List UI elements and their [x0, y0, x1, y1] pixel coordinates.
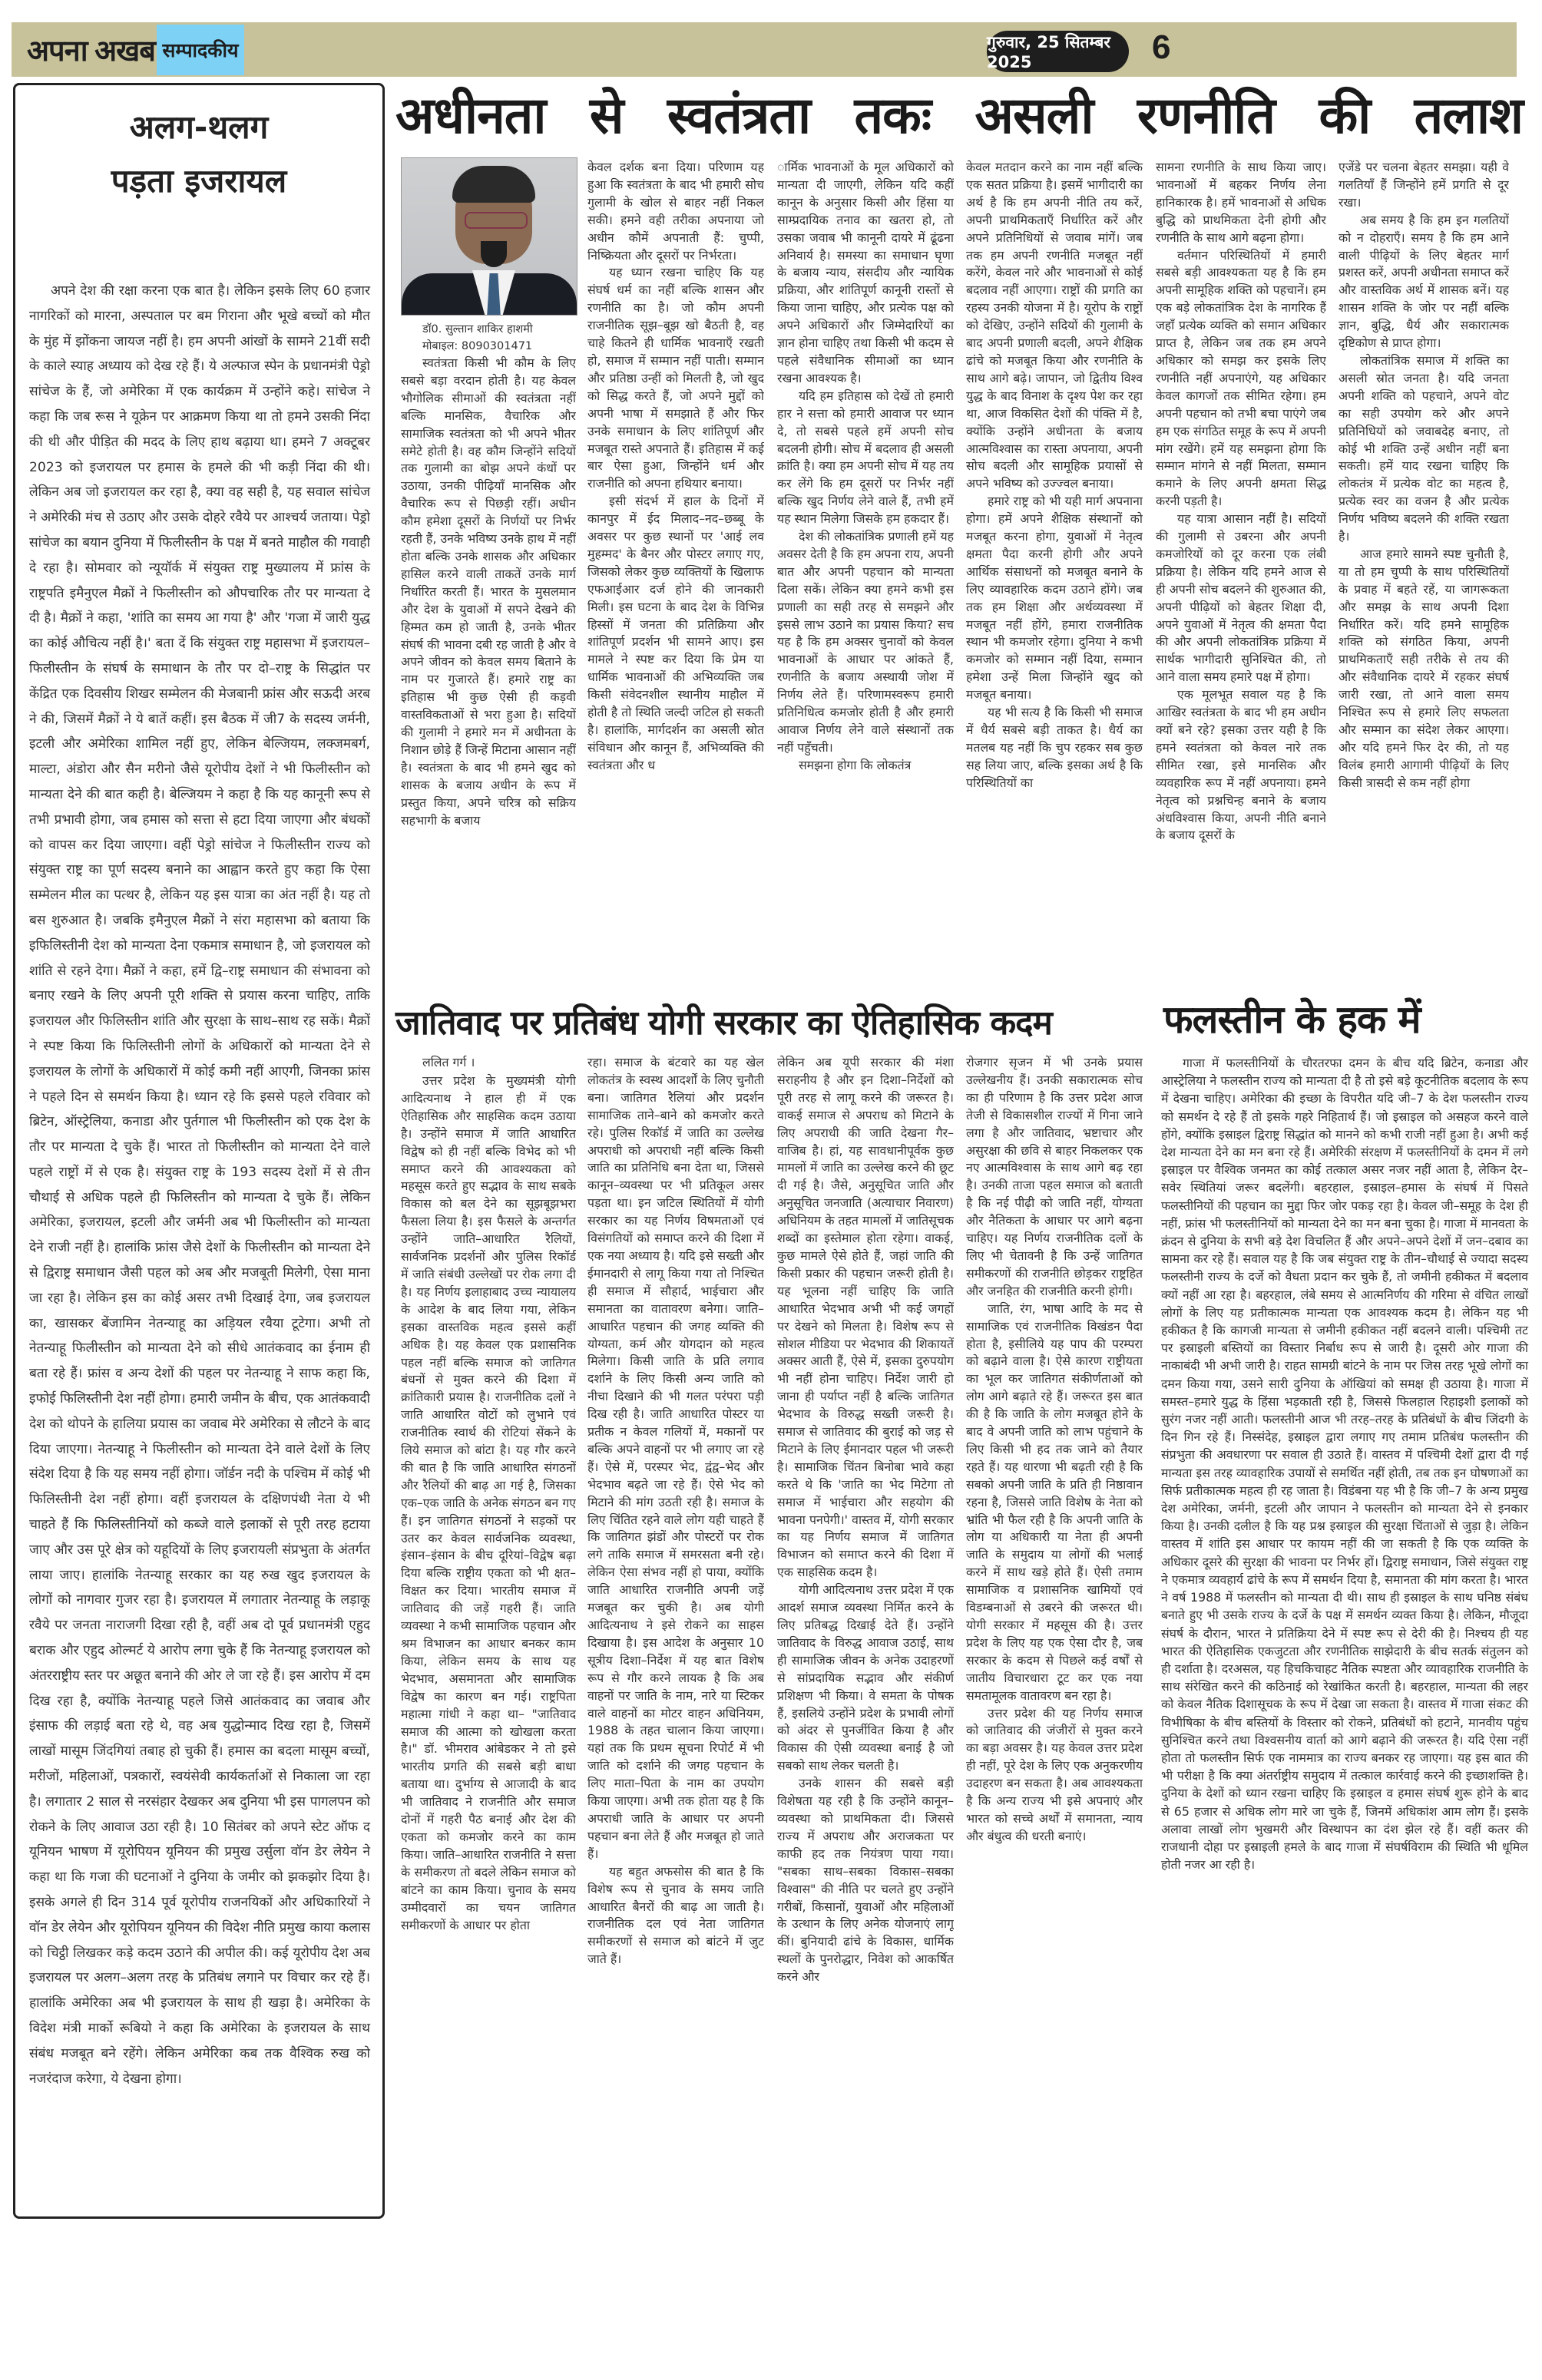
- headline-word: की: [1319, 79, 1370, 148]
- lead-headline: अधीनता से स्वतंत्रता तकः असली रणनीति की …: [395, 83, 1523, 144]
- lead-column-1: स्वतंत्रता किसी भी कौम के लिए सबसे बड़ा …: [401, 355, 576, 992]
- paper-name: अपना अखबार: [27, 30, 174, 70]
- sidebar-article-body: अपने देश की रक्षा करना एक बात है। लेकिन …: [29, 279, 370, 2091]
- paragraph: वर्तमान परिस्थितियों में हमारी सबसे बड़ी…: [1156, 247, 1326, 511]
- author-photo: [401, 157, 577, 316]
- caste-column-2: रहा। समाज के बंटवारे का यह खेल लोकतंत्र …: [587, 1054, 764, 2339]
- paragraph: इसी संदर्भ में हाल के दिनों में कानपुर म…: [587, 493, 764, 775]
- date-badge: गुरुवार, 25 सितम्बर 2025: [987, 31, 1129, 72]
- paragraph: केवल दर्शक बना दिया। परिणाम यह हुआ कि स्…: [587, 159, 764, 264]
- paragraph: यह बहुत अफसोस की बात है कि विशेष रूप से …: [587, 1863, 764, 1968]
- headline-word: रणनीति: [1137, 79, 1275, 148]
- paragraph: अब समय है कि हम इन गलतियों को न दोहराएँ।…: [1338, 212, 1509, 352]
- lead-column-4: केवल मतदान करने का नाम नहीं बल्कि एक सतत…: [966, 159, 1143, 992]
- paragraph: हमारे राष्ट्र को भी यही मार्ग अपनाना होग…: [966, 493, 1143, 704]
- photo-hair: [452, 166, 535, 203]
- headline-word: स्वतंत्रता: [667, 79, 810, 148]
- author-mobile: मोबाइल: 8090301471: [422, 338, 533, 355]
- page-number: 6: [1152, 28, 1170, 67]
- author-byline: डॉ0. सुल्तान शाकिर हाशमी मोबाइल: 8090301…: [422, 321, 533, 355]
- paragraph: यदि हम इतिहास को देखें तो हमारी हार ने स…: [777, 388, 954, 528]
- lead-column-3: ार्मिक भावनाओं के मूल अधिकारों को मान्यत…: [777, 159, 954, 992]
- sidebar-article-title: अलग-थलग पड़ता इजरायल: [15, 101, 382, 208]
- paragraph: यह यात्रा आसान नहीं है। सदियों की गुलामी…: [1156, 511, 1326, 686]
- paragraph: समझना होगा कि लोकतंत्र: [777, 757, 954, 775]
- paragraph: उनके शासन की सबसे बड़ी विशेषता यह रही है…: [777, 1775, 954, 1986]
- author-name: डॉ0. सुल्तान शाकिर हाशमी: [422, 321, 533, 338]
- headline-word: अधीनता: [395, 79, 545, 148]
- paragraph: सामना रणनीति के साथ किया जाए। भावनाओं मे…: [1156, 159, 1326, 247]
- author-name: ललित गर्ग ।: [422, 1054, 576, 1072]
- paragraph: केवल मतदान करने का नाम नहीं बल्कि एक सतत…: [966, 159, 1143, 493]
- date-text: गुरुवार, 25 सितम्बर 2025: [987, 31, 1129, 71]
- caste-column-4: रोजगार सृजन में भी उनके प्रयास उल्लेखनीय…: [966, 1054, 1143, 2339]
- paragraph: उत्तर प्रदेश के मुख्यमंत्री योगी आदित्यन…: [401, 1073, 576, 1934]
- paragraph: उत्तर प्रदेश की यह निर्णय समाज को जातिवा…: [966, 1705, 1143, 1846]
- paragraph: स्वतंत्रता किसी भी कौम के लिए सबसे बड़ा …: [401, 355, 576, 829]
- masthead-bar: अपना अखबार सम्पादकीय गुरुवार, 25 सितम्बर…: [12, 22, 1517, 77]
- headline-word: असली: [975, 79, 1094, 148]
- paragraph: देश की लोकतांत्रिक प्रणाली हमें यह अवसर …: [777, 528, 954, 757]
- photo-beard: [481, 241, 507, 267]
- headline-word: तलाश: [1415, 79, 1523, 148]
- palestine-article-headline: फलस्तीन के हक में: [1163, 992, 1532, 1043]
- lead-column-6: एजेंडे पर चलना बेहतर समझा। यही वे गलतिया…: [1338, 159, 1509, 992]
- palestine-article-body: गाजा में फलस्तीनियों के चौरतरफा दमन के ब…: [1161, 1054, 1528, 1873]
- paragraph: यह भी सत्य है कि किसी भी समाज में धैर्य …: [966, 704, 1143, 792]
- paragraph: एक मूलभूत सवाल यह है कि आखिर स्वतंत्रता …: [1156, 686, 1326, 845]
- paragraph: ार्मिक भावनाओं के मूल अधिकारों को मान्यत…: [777, 159, 954, 388]
- paragraph: लेकिन अब यूपी सरकार की मंशा सराहनीय है औ…: [777, 1054, 954, 1582]
- paragraph: आज हमारे सामने स्पष्ट चुनौती है, या तो ह…: [1338, 546, 1509, 792]
- caste-column-1: उत्तर प्रदेश के मुख्यमंत्री योगी आदित्यन…: [401, 1073, 576, 2339]
- lead-column-5: सामना रणनीति के साथ किया जाए। भावनाओं मे…: [1156, 159, 1326, 992]
- paragraph: योगी आदित्यनाथ उत्तर प्रदेश में एक आदर्श…: [777, 1582, 954, 1775]
- section-label: सम्पादकीय: [162, 37, 238, 63]
- sidebar-title-line1: अलग-थलग: [15, 101, 382, 154]
- caste-article-author: ललित गर्ग ।: [422, 1054, 576, 1073]
- sidebar-title-line2: पड़ता इजरायल: [15, 154, 382, 208]
- photo-glasses: [465, 212, 528, 229]
- caste-article-headline: जातिवाद पर प्रतिबंध योगी सरकार का ऐतिहास…: [395, 998, 1156, 1043]
- caste-column-3: लेकिन अब यूपी सरकार की मंशा सराहनीय है औ…: [777, 1054, 954, 2339]
- paragraph: लोकतांत्रिक समाज में शक्ति का असली स्रोत…: [1338, 352, 1509, 546]
- paragraph: रहा। समाज के बंटवारे का यह खेल लोकतंत्र …: [587, 1054, 764, 1863]
- paragraph: यह ध्यान रखना चाहिए कि यह संघर्ष धर्म का…: [587, 264, 764, 493]
- sidebar-article-box: अलग-थलग पड़ता इजरायल अपने देश की रक्षा क…: [13, 83, 385, 2219]
- headline-word: से: [590, 79, 624, 148]
- paragraph: रोजगार सृजन में भी उनके प्रयास उल्लेखनीय…: [966, 1054, 1143, 1301]
- headline-word: तकः: [854, 79, 931, 148]
- paragraph: एजेंडे पर चलना बेहतर समझा। यही वे गलतिया…: [1338, 159, 1509, 212]
- paragraph: जाति, रंग, भाषा आदि के मद से सामाजिक एवं…: [966, 1301, 1143, 1705]
- lead-column-2: केवल दर्शक बना दिया। परिणाम यह हुआ कि स्…: [587, 159, 764, 992]
- section-tag[interactable]: सम्पादकीय: [157, 25, 244, 75]
